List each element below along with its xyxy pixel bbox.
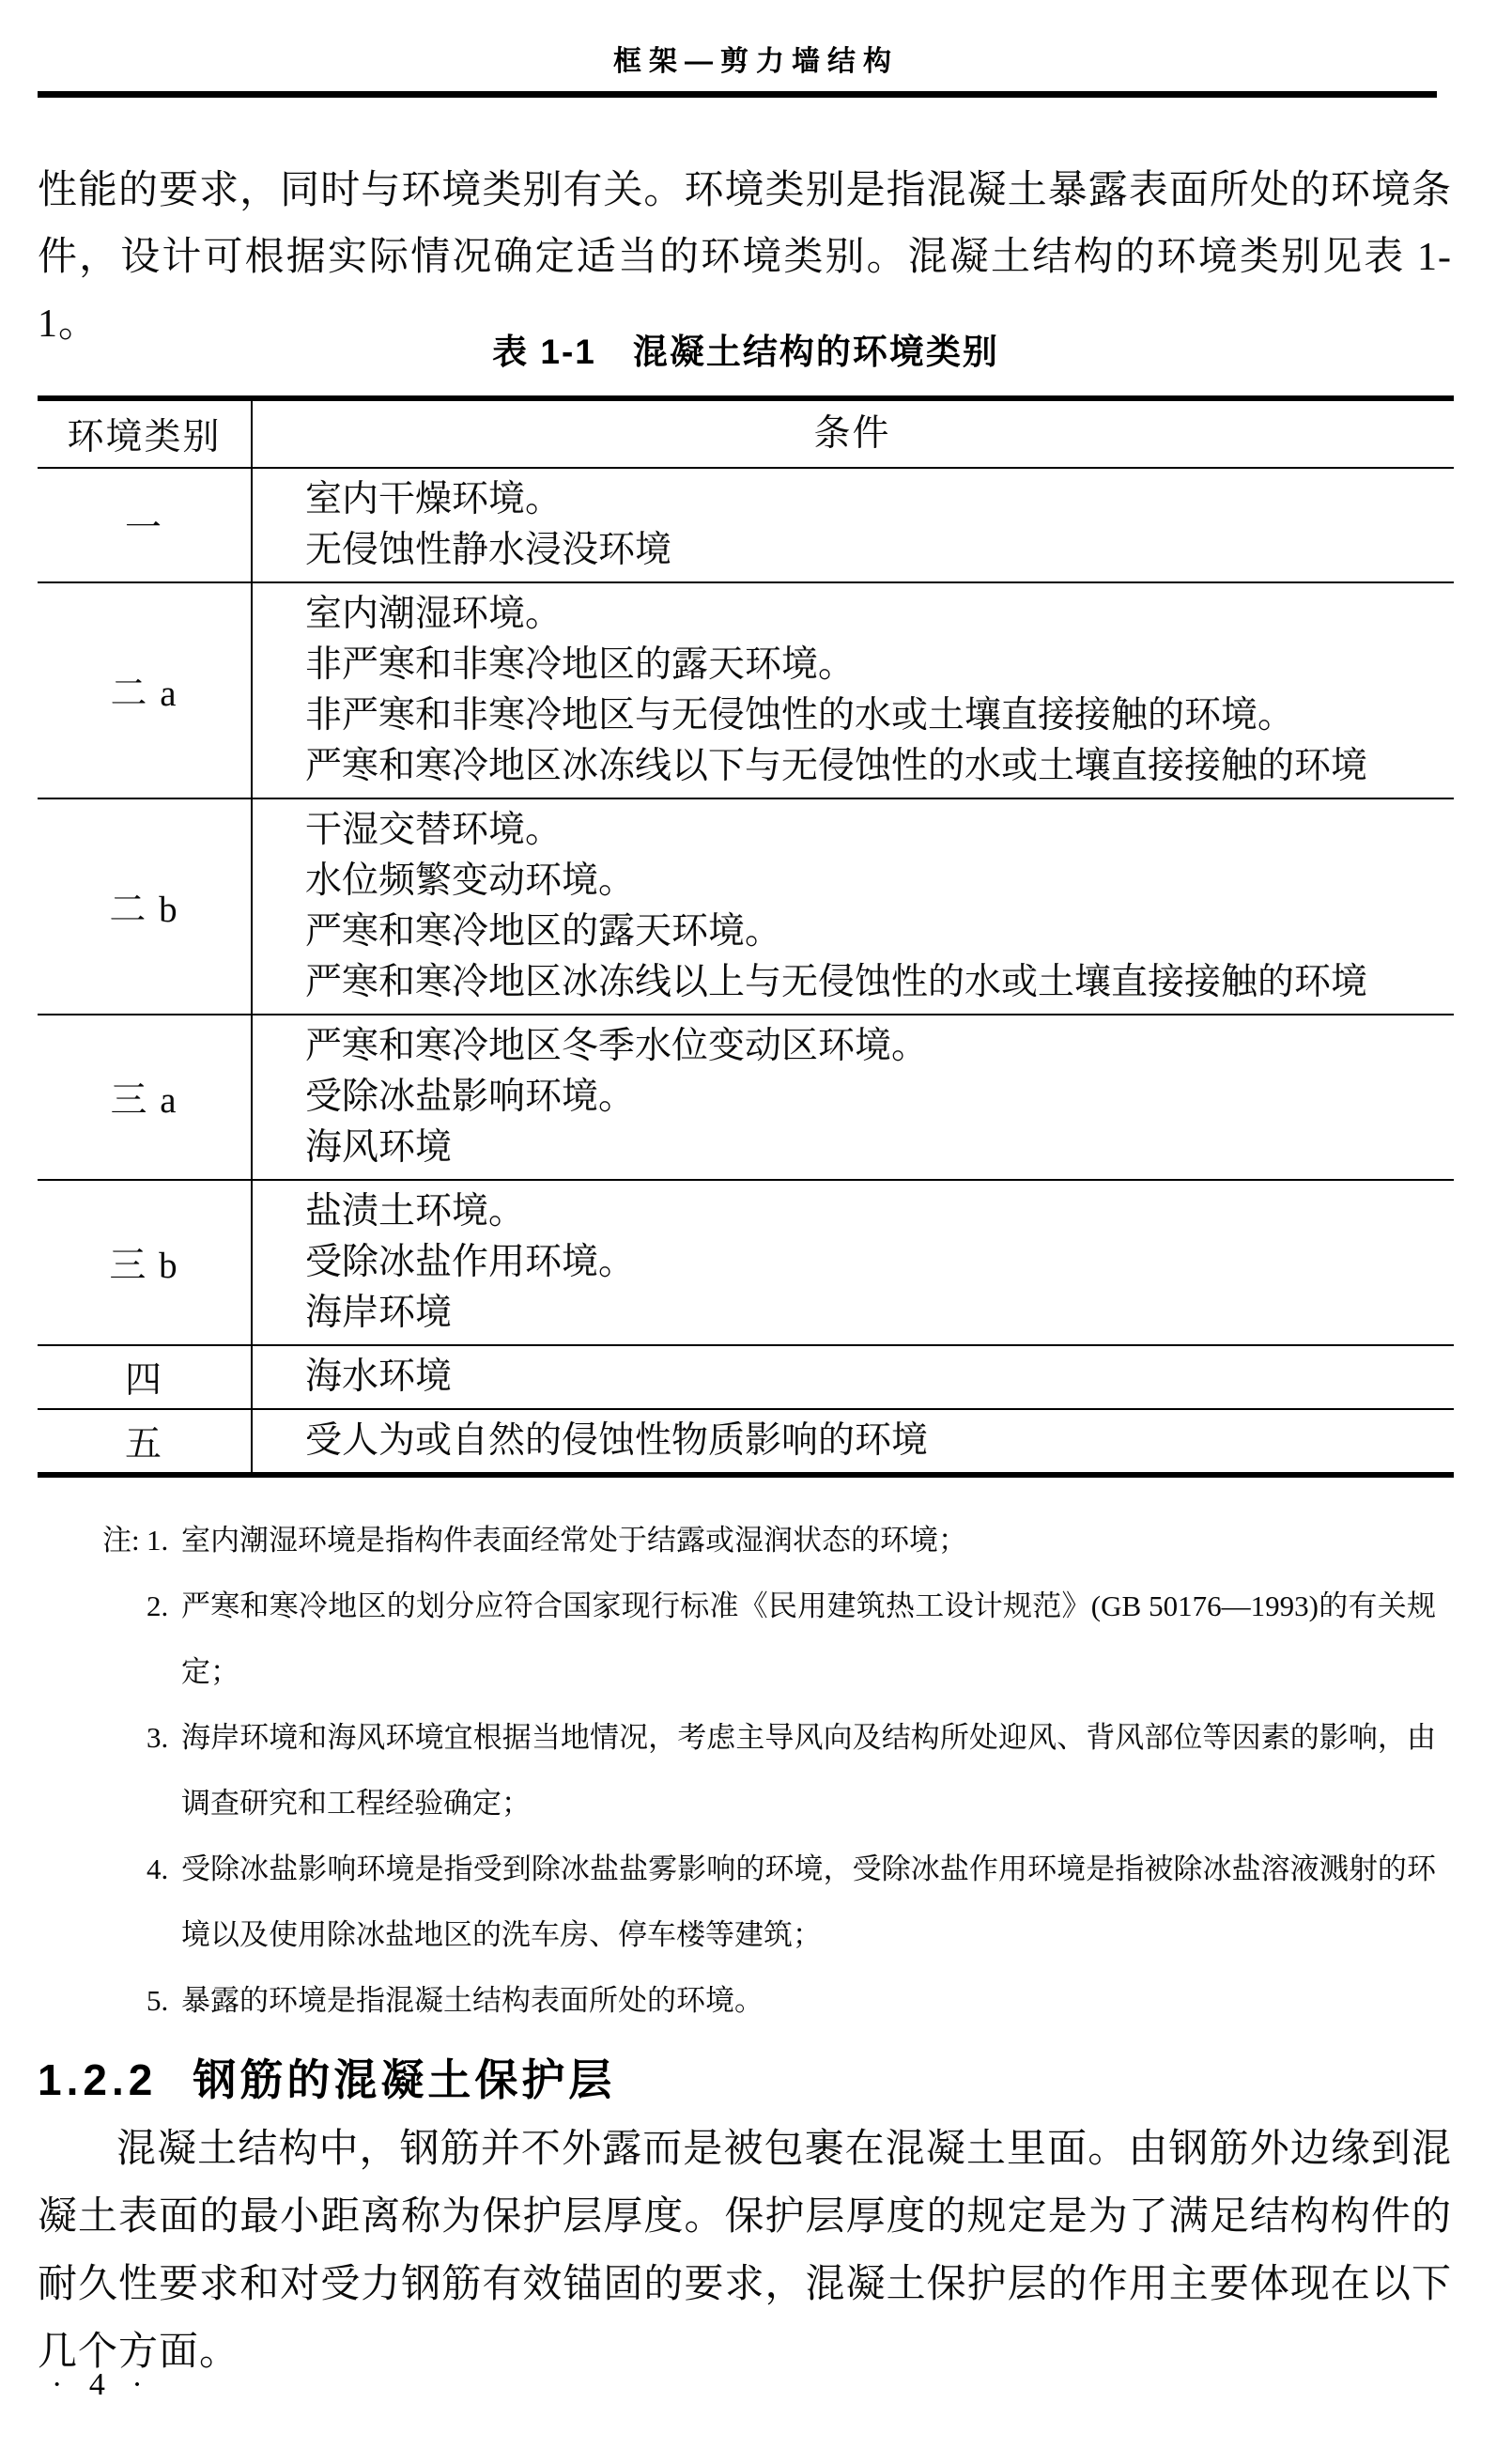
table-cell-category: 三 b: [38, 1181, 251, 1344]
table-note: 2. 严寒和寒冷地区的划分应符合国家现行标准《民用建筑热工设计规范》(GB 50…: [102, 1573, 1436, 1705]
table-caption: 表 1-1 混凝土结构的环境类别: [38, 323, 1454, 374]
table-note: 注: 1. 室内潮湿环境是指构件表面经常处于结露或湿润状态的环境；: [102, 1508, 1436, 1573]
note-number: 5.: [147, 1968, 181, 2034]
table-cell-conditions: 严寒和寒冷地区冬季水位变动区环境。 受除冰盐影响环境。 海风环境: [251, 1015, 1454, 1179]
table-cell-category: 五: [38, 1410, 251, 1472]
page-number: · 4 ·: [52, 2367, 152, 2403]
section-number: 1.2.2: [38, 2054, 157, 2105]
table-cell-conditions: 干湿交替环境。 水位频繁变动环境。 严寒和寒冷地区的露天环境。 严寒和寒冷地区冰…: [251, 799, 1454, 1014]
note-text: 海岸环境和海风环境宜根据当地情况，考虑主导风向及结构所处迎风、背风部位等因素的影…: [181, 1705, 1436, 1837]
note-number: 2.: [147, 1573, 181, 1639]
running-head: 框架—剪力墙结构: [0, 38, 1512, 79]
note-number: 3.: [147, 1705, 181, 1771]
table-column-divider: [251, 401, 253, 1472]
environment-category-table: 环境类别 条件 一 室内干燥环境。 无侵蚀性静水浸没环境 二 a 室内潮湿环境。…: [38, 395, 1454, 1478]
document-page: 框架—剪力墙结构 性能的要求，同时与环境类别有关。环境类别是指混凝土暴露表面所处…: [0, 0, 1512, 2449]
table-cell-conditions: 室内干燥环境。 无侵蚀性静水浸没环境: [251, 469, 1454, 581]
header-rule: [38, 91, 1437, 98]
table-header-category: 环境类别: [38, 401, 251, 467]
note-text: 受除冰盐影响环境是指受到除冰盐盐雾影响的环境，受除冰盐作用环境是指被除冰盐溶液溅…: [181, 1837, 1436, 1968]
notes-label: 注:: [102, 1508, 147, 1573]
body-paragraph: 混凝土结构中，钢筋并不外露而是被包裹在混凝土里面。由钢筋外边缘到混凝土表面的最小…: [38, 2116, 1452, 2386]
table-note: 5. 暴露的环境是指混凝土结构表面所处的环境。: [102, 1968, 1436, 2034]
table-cell-category: 三 a: [38, 1015, 251, 1179]
note-text: 暴露的环境是指混凝土结构表面所处的环境。: [181, 1968, 1436, 2034]
table-cell-category: 四: [38, 1346, 251, 1408]
table-note: 4. 受除冰盐影响环境是指受到除冰盐盐雾影响的环境，受除冰盐作用环境是指被除冰盐…: [102, 1837, 1436, 1968]
note-number: 4.: [147, 1837, 181, 1902]
table-header-conditions: 条件: [251, 401, 1454, 467]
table-cell-conditions: 室内潮湿环境。 非严寒和非寒冷地区的露天环境。 非严寒和非寒冷地区与无侵蚀性的水…: [251, 583, 1454, 798]
table-note: 3. 海岸环境和海风环境宜根据当地情况，考虑主导风向及结构所处迎风、背风部位等因…: [102, 1705, 1436, 1837]
table-cell-category: 二 a: [38, 583, 251, 798]
table-cell-conditions: 盐渍土环境。 受除冰盐作用环境。 海岸环境: [251, 1181, 1454, 1344]
note-text: 严寒和寒冷地区的划分应符合国家现行标准《民用建筑热工设计规范》(GB 50176…: [181, 1573, 1436, 1705]
section-title: 钢筋的混凝土保护层: [193, 2046, 615, 2108]
section-heading: 1.2.2 钢筋的混凝土保护层: [38, 2046, 1452, 2108]
table-cell-conditions: 受人为或自然的侵蚀性物质影响的环境: [251, 1410, 1454, 1472]
table-cell-category: 二 b: [38, 799, 251, 1014]
note-number: 1.: [147, 1508, 181, 1573]
table-cell-category: 一: [38, 469, 251, 581]
note-text: 室内潮湿环境是指构件表面经常处于结露或湿润状态的环境；: [181, 1508, 1436, 1573]
table-cell-conditions: 海水环境: [251, 1346, 1454, 1408]
table-notes: 注: 1. 室内潮湿环境是指构件表面经常处于结露或湿润状态的环境； 2. 严寒和…: [102, 1508, 1436, 2034]
